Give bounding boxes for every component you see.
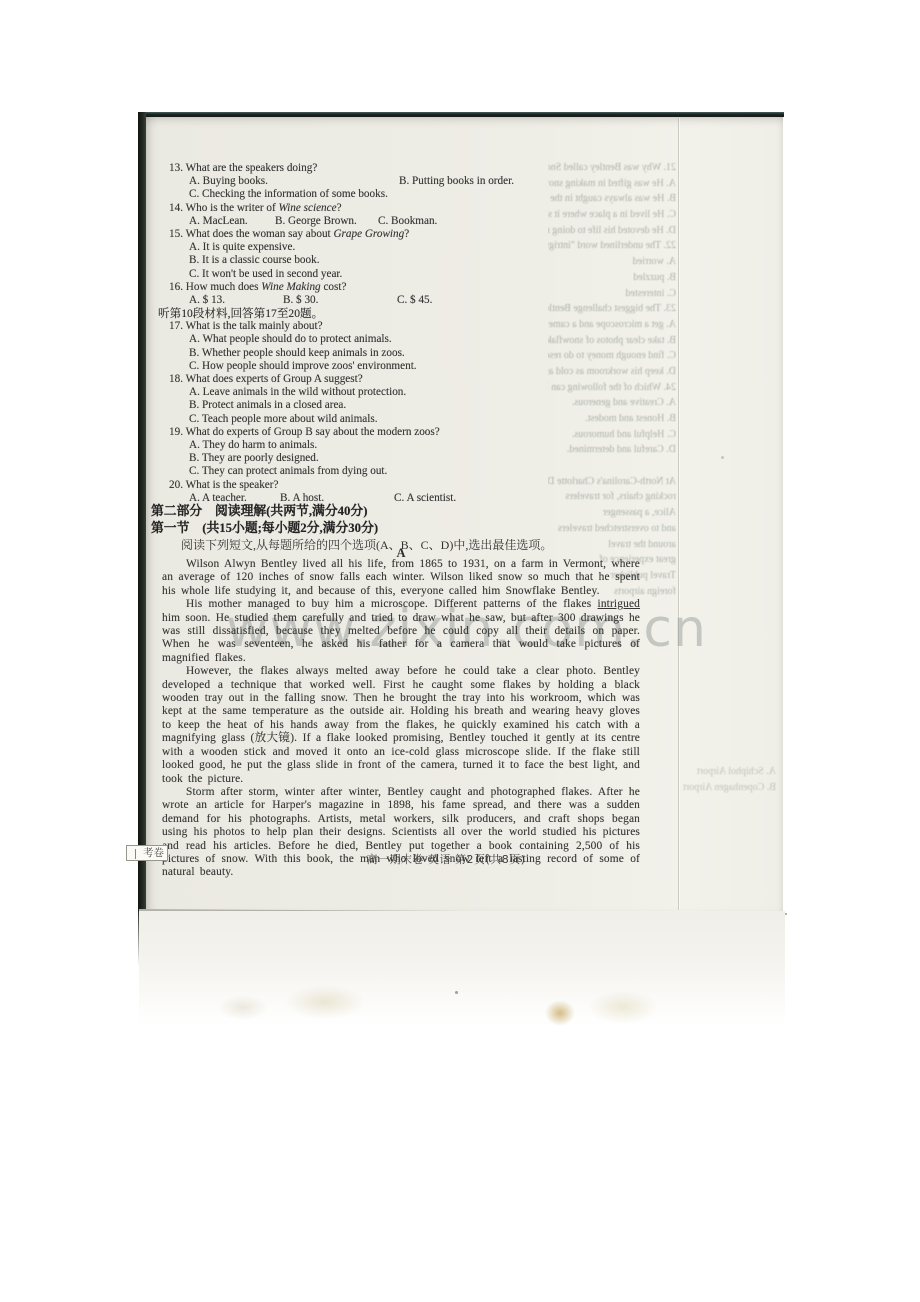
listening-questions-section: 13. What are the speakers doing?A. Buyin… — [146, 162, 686, 505]
stain — [588, 990, 658, 1024]
bleedthrough-lower: A. Schiphol AirportB. Copenhagen Airport — [638, 764, 776, 804]
question-line: 13. What are the speakers doing? — [146, 162, 686, 175]
option-line: A. Buying books.B. Putting books in orde… — [146, 175, 686, 188]
option-line: A. MacLean.B. George Brown.C. Bookman. — [146, 215, 686, 228]
stain — [285, 985, 365, 1019]
bleedthrough-line: A. Schiphol Airport — [638, 764, 776, 780]
scan-left-edge — [138, 112, 146, 912]
passage-paragraph: However, the flakes always melted away b… — [162, 665, 640, 786]
option-line: A. What people should do to protect anim… — [146, 333, 686, 346]
bleedthrough-line: B. Copenhagen Airport — [638, 780, 776, 796]
option-line: C. They can protect animals from dying o… — [146, 465, 686, 478]
option-line: A. Leave animals in the wild without pro… — [146, 386, 686, 399]
reading-passage: Wilson Alwyn Bentley lived all his life,… — [162, 558, 640, 880]
speck — [721, 456, 724, 459]
option-line: B. It is a classic course book. — [146, 254, 686, 267]
question-line: 19. What do experts of Group B say about… — [146, 426, 686, 439]
question-line: 20. What is the speaker? — [146, 479, 686, 492]
option-line: C. Teach people more about wild animals. — [146, 413, 686, 426]
passage-paragraph: Wilson Alwyn Bentley lived all his life,… — [162, 558, 640, 598]
option-line: C. How people should improve zoos' envir… — [146, 360, 686, 373]
question-line: 15. What does the woman say about Grape … — [146, 228, 686, 241]
corner-badge: 考卷 — [126, 845, 168, 861]
screenshot-root: { "scan": { "watermark": "www.zixin.com.… — [0, 0, 920, 1302]
stain — [218, 995, 268, 1020]
question-line: 17. What is the talk mainly about? — [146, 320, 686, 333]
option-line: C. It won't be used in second year. — [146, 268, 686, 281]
section1-heading: 第一节 (共15小题;每小题2分,满分30分) — [146, 520, 666, 537]
listening-note: 听第10段材料,回答第17至20题。 — [146, 307, 686, 320]
part2-heading: 第二部分 阅读理解(共两节,满分40分) — [146, 503, 666, 520]
stain — [545, 1000, 575, 1026]
option-line: C. Checking the information of some book… — [146, 188, 686, 201]
option-line: B. Whether people should keep animals in… — [146, 347, 686, 360]
question-line: 18. What does experts of Group A suggest… — [146, 373, 686, 386]
question-line: 16. How much does Wine Making cost? — [146, 281, 686, 294]
speck — [455, 991, 458, 994]
option-line: A. $ 13.B. $ 30.C. $ 45. — [146, 294, 686, 307]
option-line: B. They are poorly designed. — [146, 452, 686, 465]
page-footer: 高一期末卷·英语 第2页(共8页) — [146, 851, 746, 867]
option-line: A. It is quite expensive. — [146, 241, 686, 254]
option-line: A. They do harm to animals. — [146, 439, 686, 452]
option-line: B. Protect animals in a closed area. — [146, 399, 686, 412]
passage-paragraph: His mother managed to buy him a microsco… — [162, 598, 640, 665]
question-line: 14. Who is the writer of Wine science? — [146, 202, 686, 215]
